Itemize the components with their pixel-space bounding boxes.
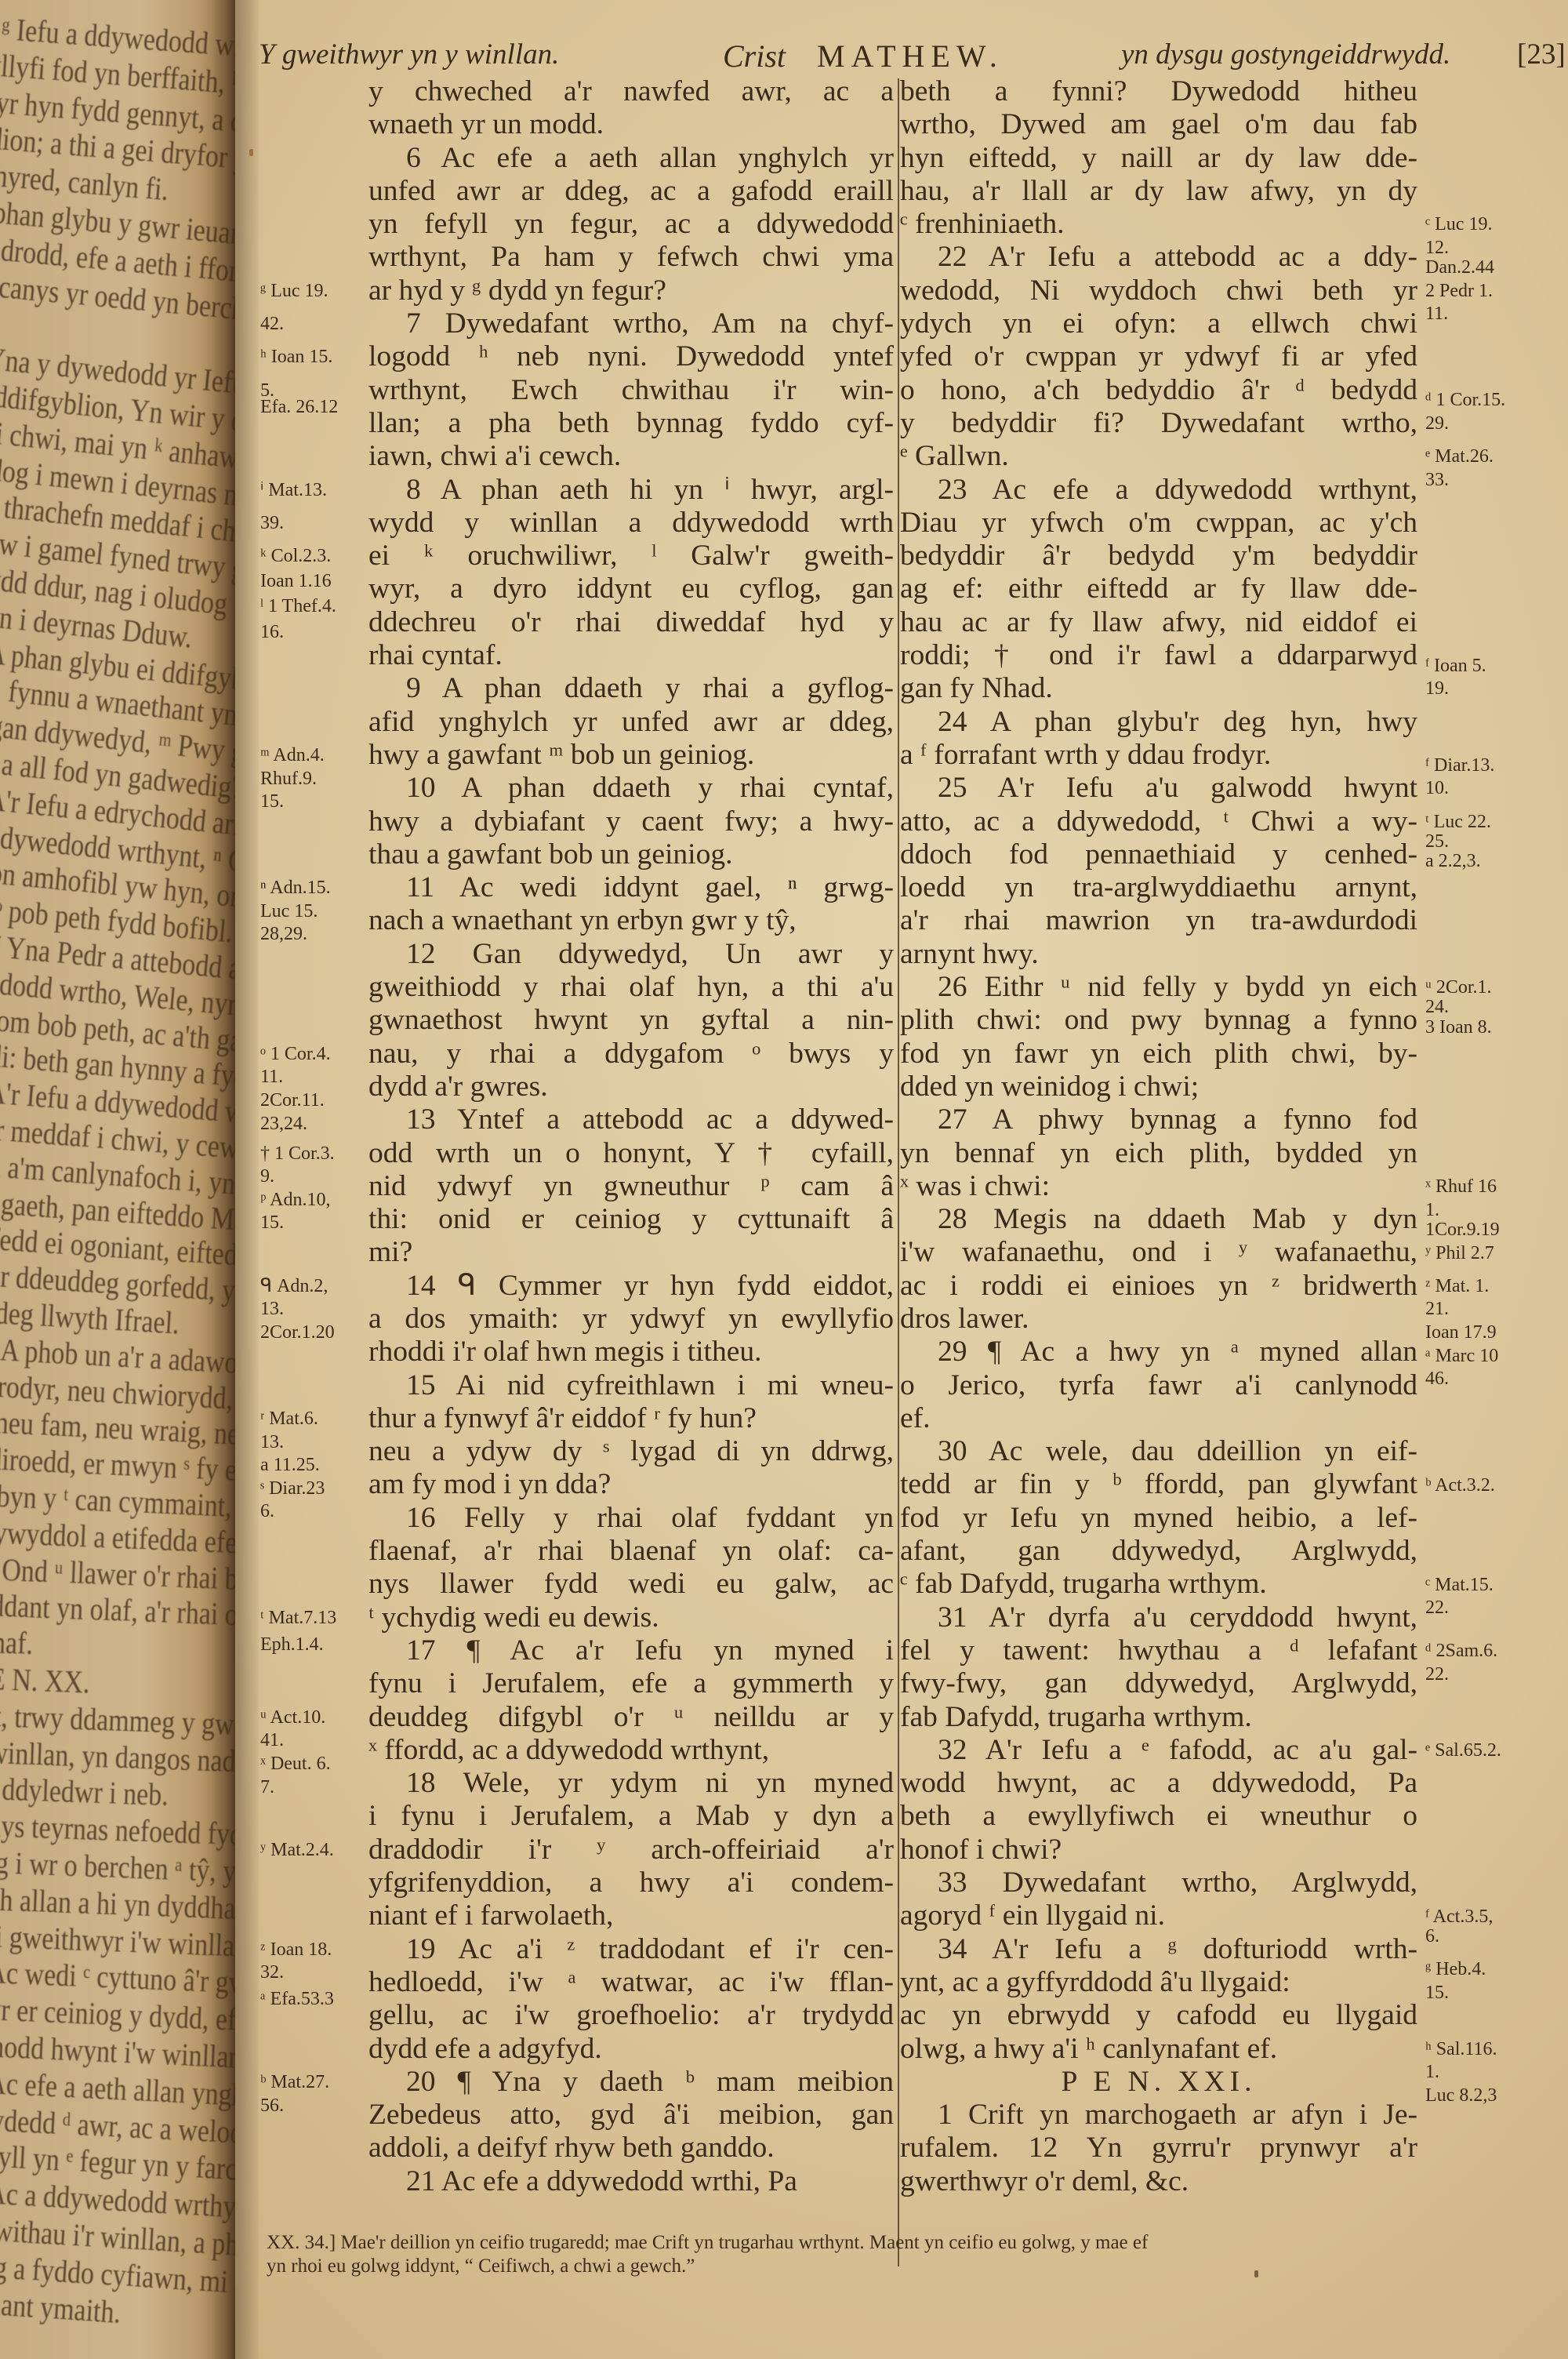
margin-reference: ᵐ Adn.4. (260, 745, 325, 765)
text-line: rufalem. 12 Yn gyrru'r prynwyr a'r (900, 2132, 1417, 2165)
text-line: gweithiodd y rhai olaf hyn, a thi a'u (368, 971, 894, 1004)
margin-reference: ᶜ Mat.15. (1425, 1575, 1494, 1595)
margin-reference: 21. (1425, 1299, 1449, 1319)
text-line: odd wrth un o honynt, Y † cyfaill, (368, 1137, 894, 1170)
margin-reference: ᵒ 1 Cor.4. (260, 1044, 331, 1064)
text-line: dded yn weinidog i chwi; (900, 1070, 1417, 1103)
text-line: hyn eiftedd, y naill ar dy law dde- (900, 142, 1417, 175)
text-line: 13 Yntef a attebodd ac a ddywed- (368, 1103, 894, 1136)
text-line: 18 Wele, yr ydym ni yn myned (368, 1767, 894, 1800)
margin-reference: 12. (1425, 238, 1449, 258)
margin-reference: 15. (260, 1212, 284, 1233)
margin-reference: ᵗ Luc 22. (1425, 812, 1491, 832)
margin-reference: ʸ Mat.2.4. (260, 1840, 334, 1860)
text-line: ˣ ffordd, ac a ddywedodd wrthynt, (368, 1734, 894, 1767)
facing-left-page: 21 ᵍ Iefu a ddywedodd wrtho,wyllyfi fod … (0, 0, 235, 2359)
running-head-right: yn dysgu gostyngeiddrwydd. (1121, 38, 1450, 71)
margin-reference: 13. (260, 1432, 284, 1452)
margin-reference: ᵗ Mat.7.13 (260, 1608, 336, 1628)
page-number: [23] (1517, 38, 1566, 71)
text-line: y bedyddir fi? Dywedafant wrtho, (900, 407, 1417, 440)
text-line: dydd efe a adgyfyd. (368, 2033, 894, 2066)
text-line: roddi; † ond i'r fawl a ddarparwyd (900, 639, 1417, 672)
book-gutter-shadow (212, 0, 259, 2359)
margin-reference: 33. (1425, 470, 1449, 490)
text-line: neu a ydyw dy ˢ lygad di yn ddrwg, (368, 1435, 894, 1468)
text-line: 32 A'r Iefu a ᵉ fafodd, ac a'u gal- (900, 1734, 1417, 1767)
text-line: fod yn fawr yn eich plith chwi, by- (900, 1038, 1417, 1070)
chapter-footnote: XX. 34.] Mae'r deillion yn ceifio trugar… (267, 2231, 1521, 2278)
text-line: wnaeth yr un modd. (368, 108, 894, 141)
text-line: flaenaf, a'r rhai blaenaf yn olaf: ca- (368, 1535, 894, 1568)
margin-reference: Ioan 1.16 (260, 571, 332, 591)
margin-reference: ᵏ Col.2.3. (260, 546, 331, 566)
running-head: Y gweithwyr yn y winllan. CristMATHEW. y… (259, 38, 1537, 77)
margin-reference: ᶻ Mat. 1. (1425, 1276, 1489, 1296)
margin-reference: ᵇ Act.3.2. (1425, 1475, 1495, 1496)
text-line: ˣ was i chwi: (900, 1170, 1417, 1203)
text-line: 25 A'r Iefu a'u galwodd hwynt (900, 772, 1417, 805)
margin-reference: ⁿ Adn.15. (260, 878, 331, 898)
text-line: ᵗ ychydig wedi eu dewis. (368, 1601, 894, 1634)
margin-reference: ᵍ Luc 19. (260, 281, 328, 301)
text-line: hedloedd, i'w ᵃ watwar, ac i'w fflan- (368, 1966, 894, 1999)
margin-reference: 24. (1425, 997, 1449, 1017)
text-line: ddechreu o'r rhai diweddaf hyd y (368, 606, 894, 639)
margin-reference: ʳ Mat.6. (260, 1408, 318, 1429)
text-line: niant ef i farwolaeth, (368, 1899, 894, 1932)
margin-reference: 2Cor.1.20 (260, 1322, 335, 1343)
text-line: hau, a'r llall ar dy law afwy, yn dy (900, 175, 1417, 208)
text-line: nau, y rhai a ddygafom ᵒ bwys y (368, 1038, 894, 1070)
margin-reference: ᵃ Efa.53.3 (260, 1989, 334, 2009)
text-line: 23 Ac efe a ddywedodd wrthynt, (900, 474, 1417, 507)
text-line: mi? (368, 1236, 894, 1269)
text-line: fel y tawent: hwythau a ᵈ lefafant (900, 1634, 1417, 1667)
running-head-left: Y gweithwyr yn y winllan. (259, 38, 559, 71)
margin-reference: ᵃ Marc 10 (1425, 1346, 1498, 1366)
text-line: fynu i Jerufalem, efe a gymmerth y (368, 1667, 894, 1700)
text-line: dros lawer. (900, 1303, 1417, 1336)
text-column-left: y chweched a'r nawfed awr, ac awnaeth yr… (368, 75, 894, 2198)
margin-reference: 2Cor.11. (260, 1090, 325, 1110)
text-line: 28 Megis na ddaeth Mab y dyn (900, 1203, 1417, 1236)
column-divider-rule (898, 78, 899, 2266)
margin-reference: ᶠ Ioan 5. (1425, 656, 1486, 676)
margin-reference: a 11.25. (260, 1455, 320, 1475)
text-line: unfed awr ar ddeg, ac a gafodd eraill (368, 175, 894, 208)
margin-reference: 1. (1425, 2062, 1439, 2082)
text-line: wrtho, Dywed am gael o'm dau fab (900, 108, 1417, 141)
text-line: 8 A phan aeth hi yn ⁱ hwyr, argl- (368, 474, 894, 507)
text-line: wedodd, Ni wyddoch chwi beth yr (900, 274, 1417, 307)
text-line: ac i roddi ei einioes yn ᶻ bridwerth (900, 1270, 1417, 1303)
text-line: 17 ¶ Ac a'r Iefu yn myned i (368, 1634, 894, 1667)
text-line: yn fefyll yn fegur, ac a ddywedodd (368, 208, 894, 241)
text-line: wyr, a dyro iddynt eu cyflog, gan (368, 572, 894, 605)
text-line: ᵉ Gallwn. (900, 440, 1417, 473)
text-line: tedd ar fin y ᵇ ffordd, pan glywfant (900, 1468, 1417, 1501)
text-line: i'w wafanaethu, ond i ʸ wafanaethu, (900, 1236, 1417, 1269)
text-line: 24 A phan glybu'r deg hyn, hwy (900, 706, 1417, 739)
text-column-right: beth a fynni? Dywedodd hitheuwrtho, Dywe… (900, 75, 1417, 2198)
margin-reference: 22. (1425, 1664, 1449, 1685)
text-line: plith chwi: ond pwy bynnag a fynno (900, 1004, 1417, 1037)
margin-reference: 25. (1425, 831, 1449, 852)
margin-reference: 15. (1425, 1983, 1449, 2003)
text-line: a'r rhai mawrion yn tra-awdurdodi (900, 904, 1417, 937)
text-line: 6 Ac efe a aeth allan ynghylch yr (368, 142, 894, 175)
margin-reference: 1. (1425, 1200, 1439, 1220)
text-line: yn bennaf yn eich plith, bydded yn (900, 1137, 1417, 1170)
margin-reference: 6. (260, 1501, 274, 1521)
margin-reference: 7. (260, 1777, 274, 1797)
margin-reference: Luc 8.2,3 (1425, 2085, 1497, 2106)
text-line: 22 A'r Iefu a attebodd ac a ddy- (900, 241, 1417, 274)
text-line: ynt, ac a gyffyrddodd â'u llygaid: (900, 1966, 1417, 1999)
text-line: gwnaethost hwynt yn gyftal a nin- (368, 1004, 894, 1037)
text-line: yfgrifenyddion, a hwy a'i condem- (368, 1866, 894, 1899)
margin-reference: ᵍ Heb.4. (1425, 1959, 1486, 1979)
text-line: addoli, a deifyf rhyw beth ganddo. (368, 2132, 894, 2165)
margin-reference: ˡ 1 Thef.4. (260, 596, 336, 616)
text-line: a dos ymaith: yr ydwyf yn ewyllyfio (368, 1303, 894, 1336)
text-line: 31 A'r dyrfa a'u ceryddodd hwynt, (900, 1601, 1417, 1634)
margin-reference: 6. (1425, 1926, 1439, 1946)
text-line: y chweched a'r nawfed awr, ac a (368, 75, 894, 108)
text-line: deuddeg difgybl o'r ᵘ neilldu ar y (368, 1701, 894, 1734)
margin-reference: ˣ Rhuf 16 (1425, 1176, 1497, 1197)
text-line: ydych yn ei ofyn: a ellwch chwi (900, 307, 1417, 340)
margin-reference: ʸ Phil 2.7 (1425, 1243, 1494, 1263)
margin-reference: 39. (260, 513, 284, 533)
text-line: 19 Ac a'i ᶻ traddodant ef i'r cen- (368, 1933, 894, 1966)
text-line: arnynt hwy. (900, 938, 1417, 971)
text-line: ᶜ frenhiniaeth. (900, 208, 1417, 241)
text-line: yfed o'r cwppan yr ydwyf fi ar yfed (900, 340, 1417, 373)
text-line: dydd a'r gwres. (368, 1070, 894, 1103)
text-line: 1 Crift yn marchogaeth ar afyn i Je- (900, 2099, 1417, 2132)
margin-reference: ᵇ Mat.27. (260, 2072, 329, 2092)
margin-reference: 3 Ioan 8. (1425, 1017, 1492, 1038)
margin-reference: ᵉ Sal.65.2. (1425, 1740, 1501, 1761)
text-line: Zebedeus atto, gyd â'i meibion, gan (368, 2099, 894, 2132)
margin-reference: 29. (1425, 413, 1449, 434)
text-line: Diau yr yfwch o'm cwppan, ac y'ch (900, 507, 1417, 540)
text-line: rhoddi i'r olaf hwn megis i titheu. (368, 1336, 894, 1369)
text-line: draddodir i'r ʸ arch-offeiriaid a'r (368, 1834, 894, 1866)
footnote-line-1: XX. 34.] Mae'r deillion yn ceifio trugar… (267, 2231, 1521, 2255)
margin-reference: Efa. 26.12 (260, 397, 338, 417)
text-line: nys llawer fydd wedi eu galw, ac (368, 1568, 894, 1601)
text-line: 34 A'r Iefu a ᵍ dofturiodd wrth- (900, 1933, 1417, 1966)
margin-reference: ˣ Deut. 6. (260, 1754, 331, 1774)
margin-reference: ᵘ 2Cor.1. (1425, 977, 1492, 998)
text-line: 33 Dywedafant wrtho, Arglwydd, (900, 1866, 1417, 1899)
margin-reference: 42. (260, 314, 284, 334)
text-line: 10 A phan ddaeth y rhai cyntaf, (368, 772, 894, 805)
text-line: 12 Gan ddywedyd, Un awr y (368, 938, 894, 971)
text-line: beth a fynni? Dywedodd hitheu (900, 75, 1417, 108)
text-line: am fy mod i yn dda? (368, 1468, 894, 1501)
text-line: 29 ¶ Ac a hwy yn ᵃ myned allan (900, 1336, 1417, 1369)
book-title-text: MATHEW. (817, 38, 1004, 74)
margin-reference: ᵈ 1 Cor.15. (1425, 390, 1505, 410)
text-line: 26 Eithr ᵘ nid felly y bydd yn eich (900, 971, 1417, 1004)
margin-reference: ᵉ Mat.26. (1425, 446, 1494, 467)
margin-reference: 32. (260, 1962, 284, 1983)
text-line: 7 Dywedafant wrtho, Am na chyf- (368, 307, 894, 340)
text-line: o hono, a'ch bedyddio â'r ᵈ bedydd (900, 374, 1417, 407)
text-line: fab Dafydd, trugarha wrthym. (900, 1701, 1417, 1734)
margin-reference: 41. (260, 1730, 284, 1750)
text-line: ag ef: eithr eiftedd ar fy llaw dde- (900, 572, 1417, 605)
text-line: gellu, ac i'w groefhoelio: a'r trydydd (368, 1999, 894, 2032)
margin-reference: Dan.2.44 (1425, 257, 1494, 278)
margin-reference: ᶠ Act.3.5, (1425, 1906, 1493, 1927)
margin-reference: ᑫ Adn.2, (260, 1276, 328, 1296)
text-line: thi: onid er ceiniog y cyttunaift â (368, 1203, 894, 1236)
footnote-line-2: yn rhoi eu golwg iddynt, “ Ceifiwch, a c… (267, 2255, 1521, 2278)
text-line: fwy-fwy, gan ddywedyd, Arglwydd, (900, 1667, 1417, 1700)
text-line: olwg, a hwy a'i ʰ canlynafant ef. (900, 2033, 1417, 2066)
running-head-crist: Crist (723, 38, 786, 74)
margin-reference: 19. (1425, 678, 1449, 699)
text-line: honof i chwi? (900, 1834, 1417, 1866)
text-line: ef. (900, 1402, 1417, 1435)
text-line: thur a fynwyf â'r eiddof ʳ fy hun? (368, 1402, 894, 1435)
text-line: a ᶠ forrafant wrth y ddau frodyr. (900, 739, 1417, 772)
margin-reference: ᵘ Act.10. (260, 1707, 325, 1728)
text-line: wrthynt, Ewch chwithau i'r win- (368, 374, 894, 407)
text-line: P E N. XXI. (900, 2066, 1417, 2099)
text-line: rhai cyntaf. (368, 639, 894, 672)
text-line: 20 ¶ Yna y daeth ᵇ mam meibion (368, 2066, 894, 2099)
margin-reference: 9. (260, 1166, 274, 1187)
margin-reference: Eph.1.4. (260, 1634, 324, 1655)
text-line: i fynu i Jerufalem, a Mab y dyn a (368, 1800, 894, 1833)
text-line: hau ac ar fy llaw afwy, nid eiddof ei (900, 606, 1417, 639)
text-line: ᶜ fab Dafydd, trugarha wrthym. (900, 1568, 1417, 1601)
margin-reference: 23,24. (260, 1114, 307, 1134)
text-line: nach a wnaethant yn erbyn gwr y tŷ, (368, 904, 894, 937)
text-line: 9 A phan ddaeth y rhai a gyflog- (368, 672, 894, 705)
text-line: beth a ewyllyfiwch ei wneuthur o (900, 1800, 1417, 1833)
text-line: 27 A phwy bynnag a fynno fod (900, 1103, 1417, 1136)
text-line: 21 Ac efe a ddywedodd wrthi, Pa (368, 2165, 894, 2198)
text-line: wydd y winllan a ddywedodd wrth (368, 507, 894, 540)
text-line: iawn, chwi a'i cewch. (368, 440, 894, 473)
text-line: hwy a gawfant ᵐ bob un geiniog. (368, 739, 894, 772)
margin-reference: ᵈ 2Sam.6. (1425, 1641, 1497, 1661)
text-line: ei ᵏ oruchwiliwr, ˡ Galw'r gweith- (368, 540, 894, 572)
margin-reference: ⁱ Mat.13. (260, 480, 327, 500)
paper-speck (249, 149, 253, 156)
text-line: 30 Ac wele, dau ddeillion yn eif- (900, 1435, 1417, 1468)
margin-reference: ᶻ Ioan 18. (260, 1939, 332, 1960)
book-title: CristMATHEW. (723, 38, 1004, 75)
text-line: nid ydwyf yn gwneuthur ᵖ cam â (368, 1170, 894, 1203)
margin-reference: 10. (1425, 778, 1449, 798)
margin-reference: 13. (260, 1299, 284, 1319)
margin-reference: Luc 15. (260, 901, 318, 921)
margin-reference: 16. (260, 622, 284, 642)
text-line: ac yn ebrwydd y cafodd eu llygaid (900, 1999, 1417, 2032)
text-line: atto, ac a ddywedodd, ᵗ Chwi a wy- (900, 805, 1417, 838)
facing-page-line: P E N. XX. (0, 1659, 90, 1700)
margin-reference: 28,29. (260, 924, 307, 944)
paper-speck (1254, 2270, 1258, 2277)
margin-reference: Ioan 17.9 (1425, 1322, 1497, 1343)
text-line: wodd hwynt, ac a ddywedodd, Pa (900, 1767, 1417, 1800)
text-line: loedd yn tra-arglwyddiaethu arnynt, (900, 871, 1417, 904)
margin-reference: Rhuf.9. (260, 769, 317, 789)
margin-reference: 56. (260, 2095, 284, 2116)
facing-page-line: aenaf. (0, 1623, 34, 1662)
margin-reference: ᶜ Luc 19. (1425, 214, 1492, 234)
margin-reference: ʰ Sal.116. (1425, 2039, 1497, 2059)
margin-reference: ˢ Diar.23 (260, 1478, 325, 1499)
text-line: 15 Ai nid cyfreithlawn i mi wneu- (368, 1369, 894, 1402)
margin-reference: 46. (1425, 1369, 1449, 1389)
text-line: 14 ᑫ Cymmer yr hyn fydd eiddot, (368, 1270, 894, 1303)
text-line: wrthynt, Pa ham y fefwch chwi yma (368, 241, 894, 274)
margin-reference: 11. (1425, 304, 1448, 324)
margin-reference: 22. (1425, 1598, 1449, 1618)
text-line: o Jerico, tyrfa fawr a'i canlynodd (900, 1369, 1417, 1402)
facing-page-line: yn ddyledwr i neb. (0, 1769, 169, 1813)
text-line: logodd ʰ neb nyni. Dywedodd yntef (368, 340, 894, 373)
margin-reference: 1Cor.9.19 (1425, 1219, 1500, 1240)
text-line: 11 Ac wedi iddynt gael, ⁿ grwg- (368, 871, 894, 904)
text-line: hwy a dybiafant y caent fwy; a hwy- (368, 805, 894, 838)
margin-reference: ᶠ Diar.13. (1425, 755, 1494, 776)
text-line: fod yr Iefu yn myned heibio, a lef- (900, 1502, 1417, 1535)
margin-reference: 15. (260, 791, 284, 812)
text-line: llan; a pha beth bynnag fyddo cyf- (368, 407, 894, 440)
margin-reference: a 2.2,3. (1425, 851, 1481, 871)
text-line: gwerthwyr o'r deml, &c. (900, 2165, 1417, 2198)
text-line: agoryd ᶠ ein llygaid ni. (900, 1899, 1417, 1932)
margin-reference: 11. (260, 1067, 283, 1087)
margin-reference: 2 Pedr 1. (1425, 281, 1493, 301)
margin-reference: ʰ Ioan 15. (260, 347, 332, 367)
text-line: 16 Felly y rhai olaf fyddant yn (368, 1502, 894, 1535)
text-line: afant, gan ddywedyd, Arglwydd, (900, 1535, 1417, 1568)
text-line: thau a gawfant bob un geiniog. (368, 838, 894, 871)
text-line: ar hyd y ᵍ dydd yn fegur? (368, 274, 894, 307)
text-line: ddoch fod pennaethiaid y cenhed- (900, 838, 1417, 871)
text-line: bedyddir â'r bedydd y'm bedyddir (900, 540, 1417, 572)
text-line: gan fy Nhad. (900, 672, 1417, 705)
margin-reference: † 1 Cor.3. (260, 1143, 335, 1164)
text-line: afid ynghylch yr unfed awr ar ddeg, (368, 706, 894, 739)
margin-reference: ᵖ Adn.10, (260, 1190, 330, 1210)
